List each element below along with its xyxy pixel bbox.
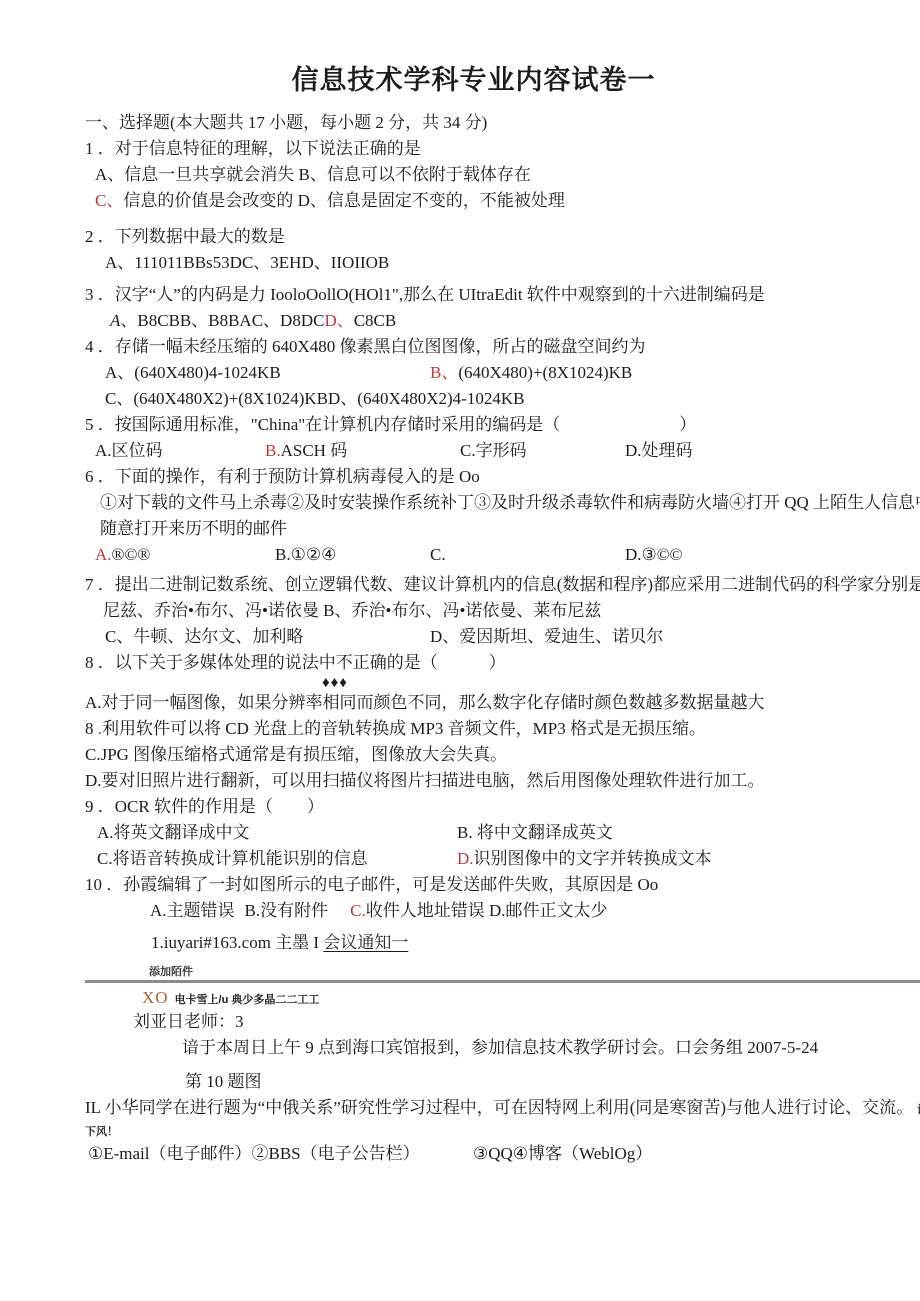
email-divider bbox=[85, 980, 920, 983]
q8-option-b-text: 利用软件可以将 CD 光盘上的音轨转换成 MP3 音频文件，MP3 格式是无损压… bbox=[102, 719, 706, 738]
diamonds-separator: ♦♦♦ bbox=[85, 676, 892, 690]
q10-answer-mark: C. bbox=[350, 901, 366, 920]
q1-options-cd-text: 信息的价值是会改变的 D、信息是固定不变的，不能被处理 bbox=[123, 191, 565, 210]
q9-option-b: B. 将中文翻译成英文 bbox=[457, 820, 892, 846]
q10-option-cd-text: 收件人地址错误 D.邮件正文太少 bbox=[366, 901, 608, 920]
q2-stem: 2 ．下列数据中最大的数是 bbox=[85, 224, 892, 250]
q8-option-d: D.要对旧照片进行翻新，可以用扫描仪将图片扫描进电脑，然后用图像处理软件进行加工… bbox=[85, 768, 892, 794]
figure-caption: 第 10 题图 bbox=[85, 1069, 892, 1095]
q6-detail-line1: ①对下载的文件马上杀毒②及时安装操作系统补丁③及时升级杀毒软件和病毒防火墙④打开… bbox=[85, 490, 892, 516]
exam-paper-document: 信息技术学科专业内容试卷一 一、选择题(本大题共 17 小题，每小题 2 分，共… bbox=[0, 0, 920, 1301]
q8-option-b-number: 8 bbox=[85, 719, 98, 738]
q9-option-d: D.识别图像中的文字并转换成文本 bbox=[457, 846, 892, 872]
email-header-line: 1.iuyari#163.com 主墨 I 会议通知一 bbox=[85, 930, 892, 956]
q3-options-text: 、B8CBB、B8BAC、D8DC bbox=[120, 311, 324, 330]
q7-stem-text: 7 ．提出二进制记数系统、创立逻辑代数、建议计算机内的信息(数据和程序)都应采用… bbox=[85, 575, 920, 594]
q11-options: ①E-mail（电子邮件）②BBS（电子公告栏） ③QQ④博客（WeblOg） bbox=[85, 1141, 892, 1167]
q8-stem: 8 ．以下关于多媒体处理的说法中不正确的是（ ） bbox=[85, 650, 892, 676]
q5-stem: 5 ．按国际通用标准，"China"在计算机内存储时采用的编码是（ ） bbox=[85, 412, 892, 438]
q3-stem: 3 ．汉字“人”的内码是力 IooloOollO(HOl1",那么在 UItra… bbox=[85, 282, 892, 308]
section-header: 一、选择题(本大题共 17 小题，每小题 2 分，共 34 分) bbox=[85, 110, 892, 136]
email-body: 谙于本周日上午 9 点到海口宾馆报到，参加信息技术教学研讨会。口会务组 2007… bbox=[85, 1035, 892, 1061]
q10-option-a: A.主题错误 bbox=[150, 901, 235, 920]
q9-option-d-text: 识别图像中的文字并转换成文本 bbox=[474, 849, 712, 868]
q5-option-c: C.字形码 bbox=[460, 438, 625, 464]
q7-stem: 7 ．提出二进制记数系统、创立逻辑代数、建议计算机内的信息(数据和程序)都应采用… bbox=[85, 572, 892, 598]
q7-wrap-line: 尼兹、乔治•布尔、冯•诺依曼 B、乔治•布尔、冯•诺依曼、莱布尼兹 bbox=[85, 598, 892, 624]
q3-answer-mark: D、 bbox=[324, 311, 353, 330]
email-toolbar-line: XO电卡雪上/u 典少多晶二二工工 bbox=[85, 989, 892, 1009]
q7-options-cd: C、牛顿、达尔文、加利略 D、爱因斯坦、爱迪生、诺贝尔 bbox=[85, 624, 892, 650]
q9-options-ab: A.将英文翻译成中文 B. 将中文翻译成英文 bbox=[85, 820, 892, 846]
q6-option-c: C. bbox=[430, 542, 625, 568]
q9-option-a: A.将英文翻译成中文 bbox=[97, 820, 457, 846]
email-figure: 1.iuyari#163.com 主墨 I 会议通知一 添加陌件 XO电卡雪上/… bbox=[85, 930, 892, 1095]
q4-options-ab: A、(640X480)4-1024KB B、(640X480)+(8X1024)… bbox=[85, 360, 892, 386]
q5-option-b-text: ASCH 码 bbox=[281, 441, 348, 460]
q6-answer-mark: A. bbox=[95, 545, 112, 564]
email-subject-link: 会议通知一 bbox=[323, 933, 408, 952]
q5-option-b: B.ASCH 码 bbox=[265, 438, 460, 464]
q4-option-b-text: (640X480)+(8X1024)KB bbox=[458, 363, 632, 382]
q4-option-a: A、(640X480)4-1024KB bbox=[105, 360, 430, 386]
q7-option-d: D、爱因斯坦、爱迪生、诺贝尔 bbox=[430, 624, 892, 650]
q6-detail-line2: 随意打开来历不明的邮件 bbox=[85, 516, 892, 542]
q9-answer-mark: D. bbox=[457, 849, 474, 868]
q11-stem: IL 小华同学在进行题为“中俄关系”研究性学习过程中，可在因特网上利用(同是寒窗… bbox=[85, 1095, 892, 1123]
q11-options-right: ③QQ④博客（WeblOg） bbox=[473, 1141, 892, 1167]
q3-option-a-letter: A bbox=[110, 311, 120, 330]
q5-option-a: A.区位码 bbox=[95, 438, 265, 464]
q5-answer-mark: B. bbox=[265, 441, 281, 460]
q8-option-a: A.对于同一幅图像，如果分辨率相同而颜色不同，那么数字化存储时颜色数越多数据量越… bbox=[85, 690, 892, 716]
xo-logo: XO bbox=[142, 988, 169, 1007]
q11-stem-text: IL 小华同学在进行题为“中俄关系”研究性学习过程中，可在因特网上利用(同是寒窗… bbox=[85, 1098, 913, 1117]
q8-option-c: C.JPG 图像压缩格式通常是有损压缩，图像放大会失真。 bbox=[85, 742, 892, 768]
q5-option-d: D.处理码 bbox=[625, 438, 892, 464]
email-greeting: 刘亚日老师：3 bbox=[85, 1009, 892, 1035]
q4-option-b: B、(640X480)+(8X1024)KB bbox=[430, 360, 892, 386]
q10-option-b: B.没有附件 bbox=[245, 901, 329, 920]
q4-options-cd: C、(640X480X2)+(8X1024)KBD、(640X480X2)4-1… bbox=[85, 386, 892, 412]
q1-stem: 1 ．对于信息特征的理解，以下说法正确的是 bbox=[85, 136, 892, 162]
q1-options-ab: A、信息一旦共享就会消失 B、信息可以不依附于载体存在 bbox=[85, 162, 892, 188]
email-address: 1.iuyari#163.com 主墨 I bbox=[151, 933, 323, 952]
q4-answer-mark: B、 bbox=[430, 363, 458, 382]
exam-title: 信息技术学科专业内容试卷一 bbox=[55, 60, 892, 100]
q5-options: A.区位码 B.ASCH 码 C.字形码 D.处理码 bbox=[85, 438, 892, 464]
q8-option-b: 8 .利用软件可以将 CD 光盘上的音轨转换成 MP3 音频文件，MP3 格式是… bbox=[85, 716, 892, 742]
q6-option-a-text: ®©® bbox=[112, 545, 151, 564]
q6-option-b: B.①②④ bbox=[275, 542, 430, 568]
q11-options-left: ①E-mail（电子邮件）②BBS（电子公告栏） bbox=[88, 1141, 473, 1167]
q2-options: A、111011BBs53DC、3EHD、IIOIIOB bbox=[85, 250, 892, 276]
q7-option-c: C、牛顿、达尔文、加利略 bbox=[105, 624, 430, 650]
q6-stem: 6 ．下面的操作，有利于预防计算机病毒侵入的是 Oo bbox=[85, 464, 892, 490]
q9-options-cd: C.将语音转换成计算机能识别的信息 D.识别图像中的文字并转换成文本 bbox=[85, 846, 892, 872]
q3-options: A、B8CBB、B8BAC、D8DCD、C8CB bbox=[85, 308, 892, 334]
q10-options: A.主题错误B.没有附件C.收件人地址错误 D.邮件正文太少 bbox=[85, 898, 892, 924]
q10-stem: 10 ．孙霞编辑了一封如图所示的电子邮件，可是发送邮件失败，其原因是 Oo bbox=[85, 872, 892, 898]
q6-options: A.®©® B.①②④ C. D.③©© bbox=[85, 542, 892, 568]
attachment-label: 添加陌件 bbox=[85, 964, 892, 980]
q1-options-cd: C、信息的价值是会改变的 D、信息是固定不变的，不能被处理 bbox=[85, 188, 892, 214]
q1-answer-mark: C、 bbox=[95, 191, 123, 210]
toolbar-garbled-text: 电卡雪上/u 典少多晶二二工工 bbox=[175, 994, 320, 1006]
q9-stem: 9 ．OCR 软件的作用是（ ） bbox=[85, 794, 892, 820]
q6-option-d: D.③©© bbox=[625, 542, 892, 568]
q6-option-a: A.®©® bbox=[95, 542, 275, 568]
q9-option-c: C.将语音转换成计算机能识别的信息 bbox=[97, 846, 457, 872]
q11-margin-note-line2: 下风！ bbox=[85, 1123, 892, 1141]
q4-stem: 4 ．存储一幅未经压缩的 640X480 像素黑白位图图像，所占的磁盘空间约为 bbox=[85, 334, 892, 360]
q3-options-end: C8CB bbox=[354, 311, 397, 330]
